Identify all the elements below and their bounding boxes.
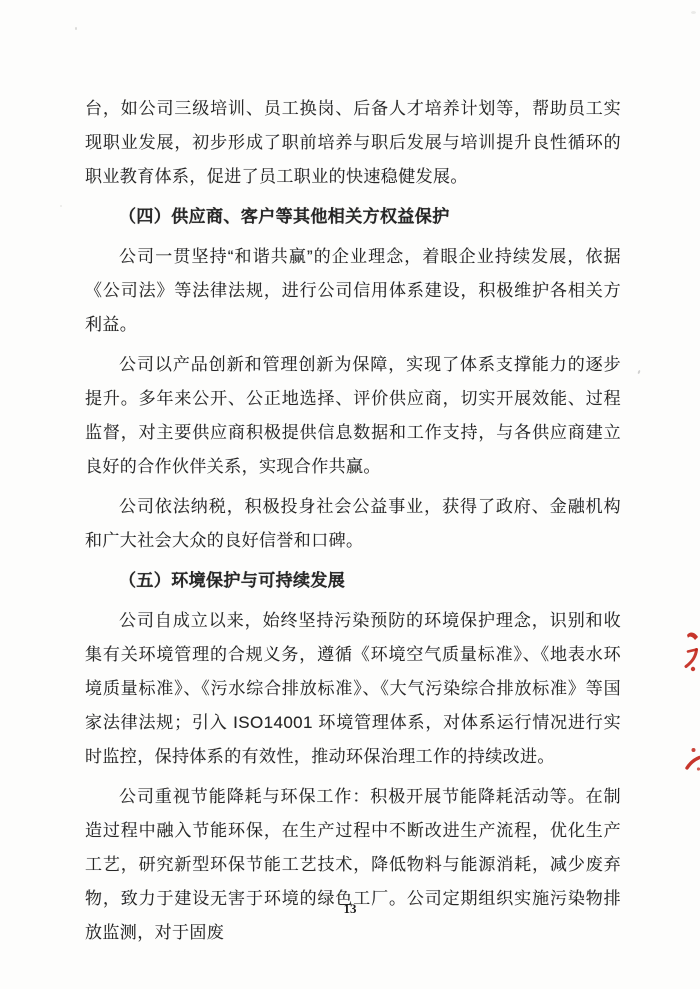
scan-speck [75, 27, 77, 30]
paragraph-supplier-cooperation: 公司以产品创新和管理创新为保障，实现了体系支撑能力的逐步提升。多年来公开、公正地… [85, 348, 621, 484]
heading-section-5-environmental-protection: （五）环境保护与可持续发展 [85, 564, 621, 598]
paragraph-employee-training-continuation: 台，如公司三级培训、员工换岗、后备人才培养计划等，帮助员工实现职业发展，初步形成… [85, 92, 621, 194]
paragraph-energy-saving-green-factory: 公司重视节能降耗与环保工作：积极开展节能降耗活动等。在制造过程中融入节能环保，在… [85, 780, 621, 950]
red-pen-mark-upper [683, 628, 700, 680]
document-page: 台，如公司三级培训、员工换岗、后备人才培养计划等，帮助员工实现职业发展，初步形成… [0, 0, 700, 989]
scan-speck [691, 11, 696, 14]
heading-section-4-supplier-customer-rights: （四）供应商、客户等其他相关方权益保护 [85, 200, 621, 234]
paragraph-harmonious-win-win: 公司一贯坚持“和谐共赢”的企业理念，着眼企业持续发展，依据《公司法》等法律法规，… [85, 240, 621, 342]
scan-speck [60, 205, 62, 207]
red-pen-mark-lower [685, 742, 700, 776]
paragraph-environment-management-system: 公司自成立以来，始终坚持污染预防的环境保护理念，识别和收集有关环境管理的合规义务… [85, 604, 621, 774]
scan-speck [637, 370, 640, 374]
page-content: 台，如公司三级培训、员工换岗、后备人才培养计划等，帮助员工实现职业发展，初步形成… [85, 92, 621, 956]
page-number: 13 [0, 901, 700, 917]
paragraph-tax-and-public-welfare: 公司依法纳税，积极投身社会公益事业，获得了政府、金融机构和广大社会大众的良好信誉… [85, 490, 621, 558]
